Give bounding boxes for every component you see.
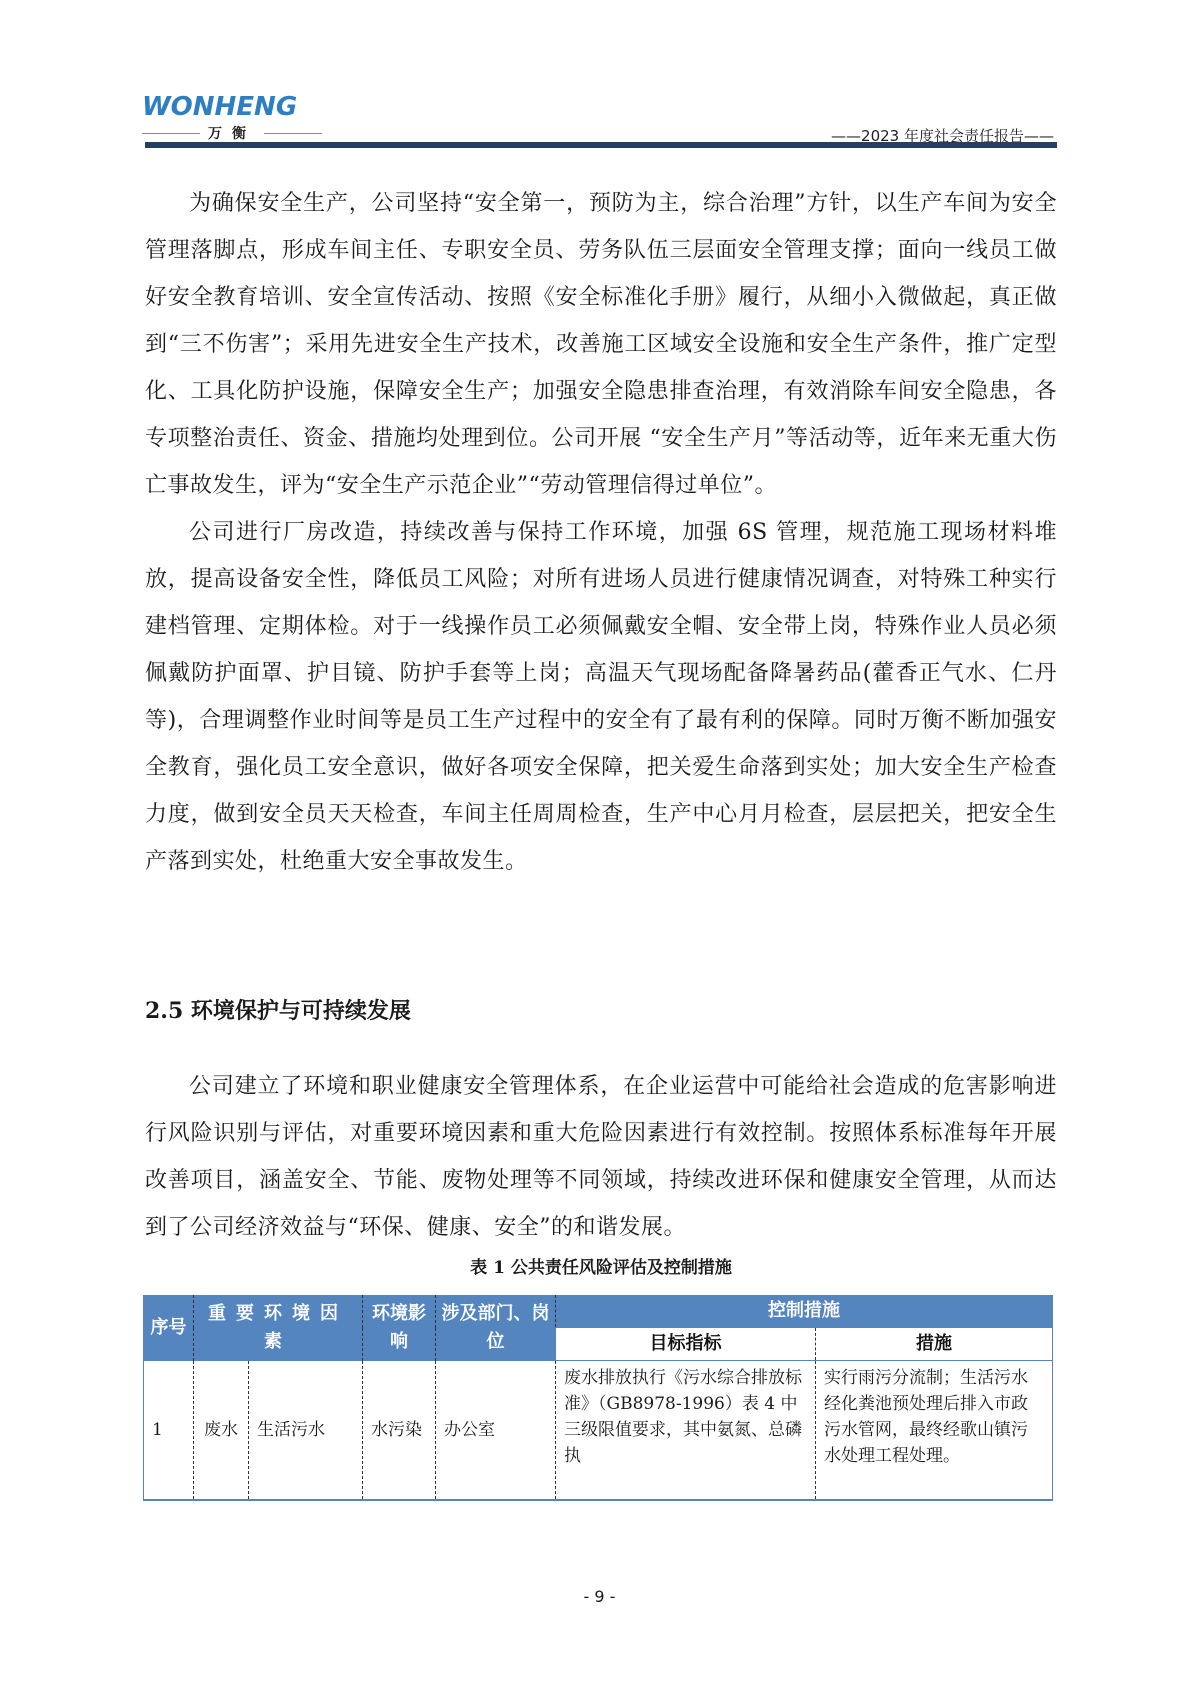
cell-target: 废水排放执行《污水综合排放标准》（GB8978-1996）表 4 中三级限值要求…: [556, 1361, 816, 1501]
logo-divider-left: [142, 133, 200, 134]
environment-section: 公司建立了环境和职业健康安全管理体系，在企业运营中可能给社会造成的危害影响进行风…: [145, 1063, 1057, 1251]
col-header-target: 目标指标: [556, 1328, 816, 1361]
table-row: 1 废水 生活污水 水污染 办公室 废水排放执行《污水综合排放标准》（GB897…: [144, 1361, 1053, 1501]
logo-wordmark: WONHENG: [142, 93, 322, 121]
header-rule: [145, 142, 1057, 148]
page-number: - 9 -: [0, 1587, 1199, 1606]
cell-dept: 办公室: [436, 1361, 556, 1501]
cell-category: 废水: [194, 1361, 249, 1501]
company-logo: WONHENG 万衡: [142, 93, 322, 143]
cell-measure: 实行雨污分流制；生活污水经化粪池预处理后排入市政污水管网，最终经歌山镇污水处理工…: [816, 1361, 1053, 1501]
risk-control-table: 序号 重要环境因素 环境影响 涉及部门、岗位 控制措施 目标指标 措施 1 废水…: [143, 1295, 1053, 1501]
table-caption: 表 1 公共责任风险评估及控制措施: [145, 1253, 1057, 1278]
paragraph-safety-production: 为确保安全生产，公司坚持“安全第一，预防为主，综合治理”方针，以生产车间为安全管…: [145, 180, 1057, 509]
paragraph-environment: 公司建立了环境和职业健康安全管理体系，在企业运营中可能给社会造成的危害影响进行风…: [145, 1063, 1057, 1251]
col-header-control: 控制措施: [556, 1295, 1053, 1328]
col-header-no: 序号: [144, 1295, 194, 1361]
logo-divider-right: [264, 133, 322, 134]
logo-chinese: 万衡: [142, 123, 322, 143]
cell-no: 1: [144, 1361, 194, 1501]
col-header-measure: 措施: [816, 1328, 1053, 1361]
cell-factor: 生活污水: [249, 1361, 363, 1501]
col-header-dept: 涉及部门、岗位: [436, 1295, 556, 1361]
cell-impact: 水污染: [363, 1361, 436, 1501]
paragraph-work-environment: 公司进行厂房改造，持续改善与保持工作环境，加强 6S 管理，规范施工现场材料堆放…: [145, 509, 1057, 885]
section-heading: 2.5 环境保护与可持续发展: [145, 994, 411, 1025]
col-header-factor: 重要环境因素: [194, 1295, 363, 1361]
safety-section: 为确保安全生产，公司坚持“安全第一，预防为主，综合治理”方针，以生产车间为安全管…: [145, 180, 1057, 885]
col-header-impact: 环境影响: [363, 1295, 436, 1361]
